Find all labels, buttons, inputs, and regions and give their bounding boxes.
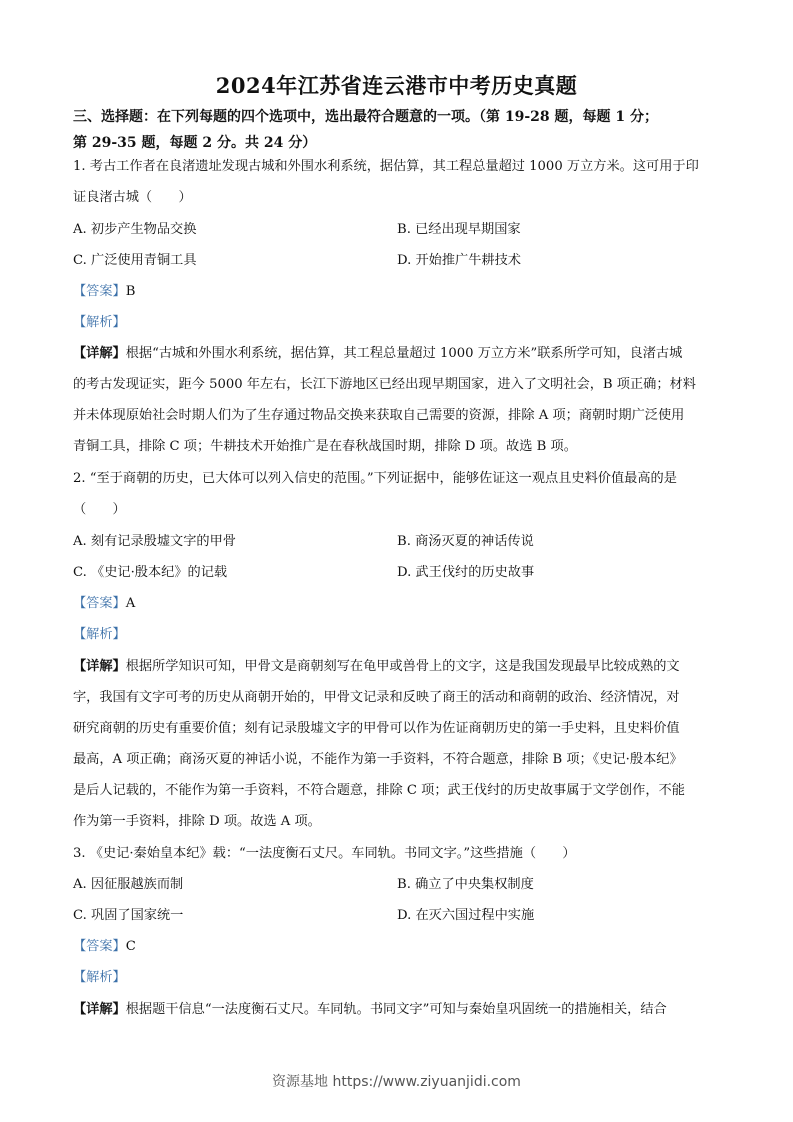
footer-watermark: 资源基地 https://www.ziyuanjidi.com	[0, 1071, 793, 1091]
analysis-label: 【解析】	[73, 625, 723, 645]
option-d: D. 武王伐纣的历史故事	[397, 563, 534, 583]
detail-line: 的考古发现证实，距今 5000 年左右，长江下游地区已经出现早期国家，进入了文明…	[73, 375, 723, 395]
detail-line: 是后人记载的，不能作为第一手资料，不符合题意，排除 C 项；武王伐纣的历史故事属…	[73, 781, 723, 801]
detail-line: 字，我国有文字可考的历史从商朝开始的，甲骨文记录和反映了商王的活动和商朝的政治、…	[73, 688, 723, 708]
answer-row: 【答案】B	[73, 282, 723, 302]
answer-label: 【答案】	[73, 939, 126, 954]
question-stem: 1. 考古工作者在良渚遗址发现古城和外围水利系统，据估算，其工程总量超过 100…	[73, 157, 723, 177]
detail-label: 【详解】	[73, 346, 126, 361]
answer-row: 【答案】A	[73, 594, 723, 614]
answer-value: C	[126, 939, 136, 954]
question-stem: 证良渚古城（ ）	[73, 188, 723, 208]
question-stem: 2. “至于商朝的历史，已大体可以列入信史的范围。”下列证据中，能够佐证这一观点…	[73, 469, 723, 489]
answer-label: 【答案】	[73, 596, 126, 611]
detail-line: 【详解】根据题干信息“一法度衡石丈尺。车同轨。书同文字”可知与秦始皇巩固统一的措…	[73, 1000, 723, 1020]
option-c: C. 广泛使用青铜工具	[73, 251, 197, 271]
analysis-label: 【解析】	[73, 313, 723, 333]
section-line-2: 第 29-35 题，每题 2 分。共 24 分）	[73, 130, 723, 156]
option-a: A. 刻有记录殷墟文字的甲骨	[73, 532, 236, 552]
detail-line: 作为第一手资料，排除 D 项。故选 A 项。	[73, 812, 723, 832]
option-b: B. 商汤灭夏的神话传说	[397, 532, 534, 552]
detail-line: 【详解】根据“古城和外围水利系统，据估算，其工程总量超过 1000 万立方米”联…	[73, 344, 723, 364]
option-b: B. 已经出现早期国家	[397, 220, 521, 240]
detail-text: 根据题干信息“一法度衡石丈尺。车同轨。书同文字”可知与秦始皇巩固统一的措施相关，…	[126, 1002, 667, 1017]
option-b: B. 确立了中央集权制度	[397, 875, 534, 895]
option-c: C. 《史记·殷本纪》的记载	[73, 563, 227, 583]
option-a: A. 初步产生物品交换	[73, 220, 196, 240]
answer-row: 【答案】C	[73, 937, 723, 957]
detail-line: 最高，A 项正确；商汤灭夏的神话小说，不能作为第一手资料，不符合题意，排除 B …	[73, 750, 723, 770]
detail-line: 青铜工具，排除 C 项；牛耕技术开始推广是在春秋战国时期，排除 D 项。故选 B…	[73, 437, 723, 457]
detail-line: 研究商朝的历史有重要价值；刻有记录殷墟文字的甲骨可以作为佐证商朝历史的第一手史料…	[73, 719, 723, 739]
page-title: 2024年江苏省连云港市中考历史真题	[0, 70, 793, 100]
option-d: D. 开始推广牛耕技术	[397, 251, 521, 271]
section-line-1: 三、选择题：在下列每题的四个选项中，选出最符合题意的一项。（第 19-28 题，…	[73, 104, 723, 130]
section-instructions: 三、选择题：在下列每题的四个选项中，选出最符合题意的一项。（第 19-28 题，…	[73, 104, 723, 156]
detail-text: 根据“古城和外围水利系统，据估算，其工程总量超过 1000 万立方米”联系所学可…	[126, 346, 683, 361]
question-stem: （ ）	[73, 500, 723, 520]
analysis-label: 【解析】	[73, 968, 723, 988]
option-a: A. 因征服越族而制	[73, 875, 183, 895]
detail-line: 【详解】根据所学知识可知，甲骨文是商朝刻写在龟甲或兽骨上的文字，这是我国发现最早…	[73, 657, 723, 677]
answer-value: A	[126, 596, 136, 611]
option-d: D. 在灭六国过程中实施	[397, 906, 534, 926]
detail-label: 【详解】	[73, 659, 126, 674]
answer-value: B	[126, 284, 136, 299]
detail-line: 并未体现原始社会时期人们为了生存通过物品交换来获取自己需要的资源，排除 A 项；…	[73, 406, 723, 426]
detail-label: 【详解】	[73, 1002, 126, 1017]
detail-text: 根据所学知识可知，甲骨文是商朝刻写在龟甲或兽骨上的文字，这是我国发现最早比较成熟…	[126, 659, 680, 674]
document-page: 2024年江苏省连云港市中考历史真题 三、选择题：在下列每题的四个选项中，选出最…	[0, 0, 793, 1122]
option-c: C. 巩固了国家统一	[73, 906, 183, 926]
question-stem: 3. 《史记·秦始皇本纪》载：“一法度衡石丈尺。车同轨。书同文字。”这些措施（ …	[73, 844, 723, 864]
answer-label: 【答案】	[73, 284, 126, 299]
